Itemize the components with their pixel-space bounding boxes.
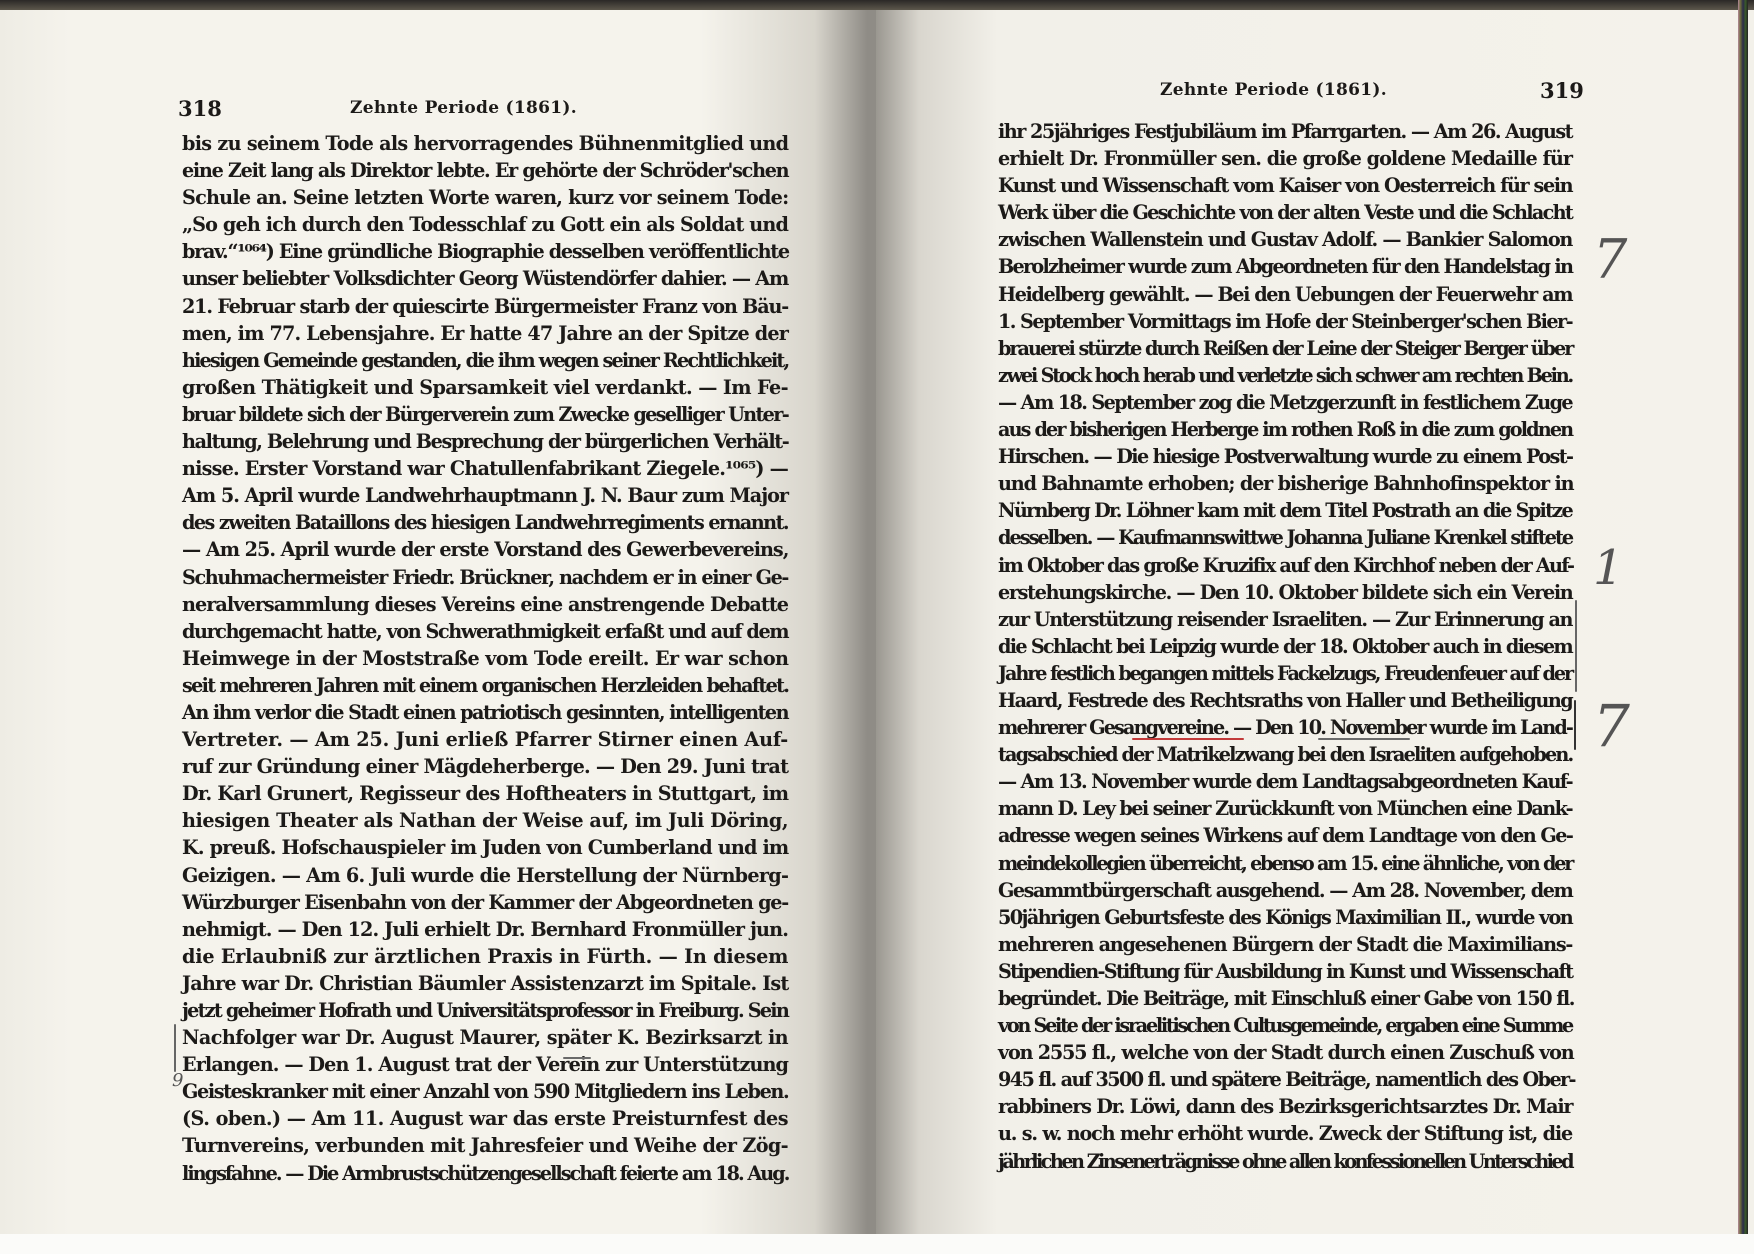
text-line: 21. Februar starb der quiescirte Bürgerm… xyxy=(182,293,788,320)
text-line: jetzt geheimer Hofrath und Universitätsp… xyxy=(182,997,788,1024)
text-line: erstehungskirche. — Den 10. Oktober bild… xyxy=(998,579,1572,606)
text-line: Hirschen. — Die hiesige Postverwaltung w… xyxy=(998,443,1572,470)
text-line: 945 fl. auf 3500 fl. und spätere Beiträg… xyxy=(998,1066,1572,1093)
text-line: u. s. w. noch mehr erhöht wurde. Zweck d… xyxy=(998,1120,1572,1147)
text-line: ihr 25jähriges Festjubiläum im Pfarrgart… xyxy=(998,118,1572,145)
right-running-head: Zehnte Periode (1861). xyxy=(1160,80,1387,100)
text-line: Jahre festlich begangen mittels Fackelzu… xyxy=(998,660,1572,687)
text-line: An ihm verlor die Stadt einen patriotisc… xyxy=(182,699,788,726)
text-line: adresse wegen seines Wirkens auf dem Lan… xyxy=(998,822,1572,849)
text-line: die Erlaubniß zur ärztlichen Praxis in F… xyxy=(182,943,788,970)
text-line: Gesammtbürgerschaft ausgehend. — Am 28. … xyxy=(998,877,1572,904)
text-line: Geizigen. — Am 6. Juli wurde die Herstel… xyxy=(182,862,788,889)
margin-bracket-line xyxy=(1575,600,1577,692)
text-line: unser beliebter Volksdichter Georg Wüste… xyxy=(182,265,788,292)
left-margin-line xyxy=(174,1024,176,1072)
text-line: haltung, Belehrung und Besprechung der b… xyxy=(182,428,788,455)
text-line: Vertreter. — Am 25. Juni erließ Pfarrer … xyxy=(182,726,788,753)
text-line: nehmigt. — Den 12. Juli erhielt Dr. Bern… xyxy=(182,916,788,943)
text-line: Würzburger Eisenbahn von der Kammer der … xyxy=(182,889,788,916)
text-line: großen Thätigkeit und Sparsamkeit viel v… xyxy=(182,374,788,401)
text-line: Heidelberg gewählt. — Bei den Uebungen d… xyxy=(998,281,1572,308)
text-line: nisse. Erster Vorstand war Chatullenfabr… xyxy=(182,455,788,482)
text-line: neralversammlung dieses Vereins eine ans… xyxy=(182,591,788,618)
text-line: im Oktober das große Kruzifix auf den Ki… xyxy=(998,552,1572,579)
text-line: von 2555 fl., welche von der Stadt durch… xyxy=(998,1039,1572,1066)
text-line: hiesigen Gemeinde gestanden, die ihm weg… xyxy=(182,347,788,374)
text-line: Schule an. Seine letzten Worte waren, ku… xyxy=(182,184,788,211)
text-line: Nachfolger war Dr. August Maurer, später… xyxy=(182,1024,788,1051)
text-line: zwei Stock hoch herab und verletzte sich… xyxy=(998,362,1572,389)
text-line: die Schlacht bei Leipzig wurde der 18. O… xyxy=(998,633,1572,660)
text-line: mann D. Ley bei seiner Zurückkunft von M… xyxy=(998,795,1572,822)
text-line: desselben. — Kaufmannswittwe Johanna Jul… xyxy=(998,524,1572,551)
text-line: jährlichen Zinsenerträgnisse ohne allen … xyxy=(998,1148,1572,1175)
pencil-underline-590 xyxy=(563,1057,591,1059)
text-line: — Am 25. April wurde der erste Vorstand … xyxy=(182,536,788,563)
left-page-body: bis zu seinem Tode als hervorragendes Bü… xyxy=(182,130,788,1187)
text-line: seit mehreren Jahren mit einem organisch… xyxy=(182,672,788,699)
text-line: Berolzheimer wurde zum Abgeordneten für … xyxy=(998,253,1572,280)
text-line: zur Unterstützung reisender Israeliten. … xyxy=(998,606,1572,633)
margin-mark-3: 7 xyxy=(1593,692,1630,760)
text-line: Turnvereins, verbunden mit Jahresfeier u… xyxy=(182,1132,788,1159)
text-line: bruar bildete sich der Bürgerverein zum … xyxy=(182,401,788,428)
text-line: brauerei stürzte durch Reißen der Leine … xyxy=(998,335,1572,362)
page-edges xyxy=(1738,0,1748,1234)
text-line: Stipendien-Stiftung für Ausbildung in Ku… xyxy=(998,958,1572,985)
text-line: tagsabschied der Matrikelzwang bei den I… xyxy=(998,741,1572,768)
text-line: des zweiten Bataillons des hiesigen Land… xyxy=(182,509,788,536)
text-line: Heimwege in der Moststraße vom Tode erei… xyxy=(182,645,788,672)
margin-mark-2: 1 xyxy=(1593,540,1624,596)
text-line: Jahre war Dr. Christian Bäumler Assisten… xyxy=(182,970,788,997)
text-line: begründet. Die Beiträge, mit Einschluß e… xyxy=(998,985,1572,1012)
text-line: men, im 77. Lebensjahre. Er hatte 47 Jah… xyxy=(182,320,788,347)
text-line: rabbiners Dr. Löwi, dann des Bezirksgeri… xyxy=(998,1093,1572,1120)
left-margin-mark: 9 xyxy=(172,1070,183,1091)
text-line: ruf zur Gründung einer Mägdeherberge. — … xyxy=(182,753,788,780)
text-line: durchgemacht hatte, von Schwerathmigkeit… xyxy=(182,618,788,645)
text-line: 50jährigen Geburtsfeste des Königs Maxim… xyxy=(998,904,1572,931)
text-line: 1. September Vormittags im Hofe der Stei… xyxy=(998,308,1572,335)
text-line: zwischen Wallenstein und Gustav Adolf. —… xyxy=(998,226,1572,253)
text-line: hiesigen Theater als Nathan der Weise au… xyxy=(182,807,788,834)
text-line: Am 5. April wurde Landwehrhauptmann J. N… xyxy=(182,482,788,509)
scan-background xyxy=(0,1234,1754,1254)
text-line: mehreren angesehenen Bürgern der Stadt d… xyxy=(998,931,1572,958)
text-line: Dr. Karl Grunert, Regisseur des Hoftheat… xyxy=(182,780,788,807)
left-running-head: Zehnte Periode (1861). xyxy=(350,98,577,118)
left-page-number: 318 xyxy=(178,96,222,121)
red-underline-matrikelzwang xyxy=(1132,738,1244,740)
book-top-edge xyxy=(0,0,1754,10)
text-line: von Seite der israelitischen Cultusgemei… xyxy=(998,1012,1572,1039)
text-line: Haard, Festrede des Rechtsraths von Hall… xyxy=(998,687,1572,714)
right-page-body: ihr 25jähriges Festjubiläum im Pfarrgart… xyxy=(998,118,1572,1175)
text-line: — Am 13. November wurde dem Landtagsabge… xyxy=(998,768,1572,795)
text-line: brav.“¹⁰⁶⁴) Eine gründliche Biographie d… xyxy=(182,238,788,265)
right-page-number: 319 xyxy=(1540,78,1584,103)
text-line: Erlangen. — Den 1. August trat der Verei… xyxy=(182,1051,788,1078)
text-line: (S. oben.) — Am 11. August war das erste… xyxy=(182,1105,788,1132)
text-line: Nürnberg Dr. Löhner kam mit dem Titel Po… xyxy=(998,497,1572,524)
text-line: Geisteskranker mit einer Anzahl von 590 … xyxy=(182,1078,788,1105)
text-line: — Am 18. September zog die Metzgerzunft … xyxy=(998,389,1572,416)
margin-mark-1: 7 xyxy=(1593,228,1627,291)
text-line: „So geh ich durch den Todesschlaf zu Got… xyxy=(182,211,788,238)
text-line: bis zu seinem Tode als hervorragendes Bü… xyxy=(182,130,788,157)
text-line: K. preuß. Hofschauspieler im Juden von C… xyxy=(182,834,788,861)
text-line: und Bahnamte erhoben; der bisherige Bahn… xyxy=(998,470,1572,497)
text-line: eine Zeit lang als Direktor lebte. Er ge… xyxy=(182,157,788,184)
margin-bracket-line-dark xyxy=(1574,700,1576,750)
text-line: Schuhmachermeister Friedr. Brückner, nac… xyxy=(182,564,788,591)
text-line: aus der bisherigen Herberge im rothen Ro… xyxy=(998,416,1572,443)
pencil-underline-israeliten xyxy=(1318,738,1410,740)
text-line: Werk über die Geschichte von der alten V… xyxy=(998,199,1572,226)
text-line: Kunst und Wissenschaft vom Kaiser von Oe… xyxy=(998,172,1572,199)
text-line: erhielt Dr. Fronmüller sen. die große go… xyxy=(998,145,1572,172)
text-line: meindekollegien überreicht, ebenso am 15… xyxy=(998,850,1572,877)
text-line: lingsfahne. — Die Armbrustschützengesell… xyxy=(182,1160,788,1187)
text-line: mehrerer Gesangvereine. — Den 10. Novemb… xyxy=(998,714,1572,741)
